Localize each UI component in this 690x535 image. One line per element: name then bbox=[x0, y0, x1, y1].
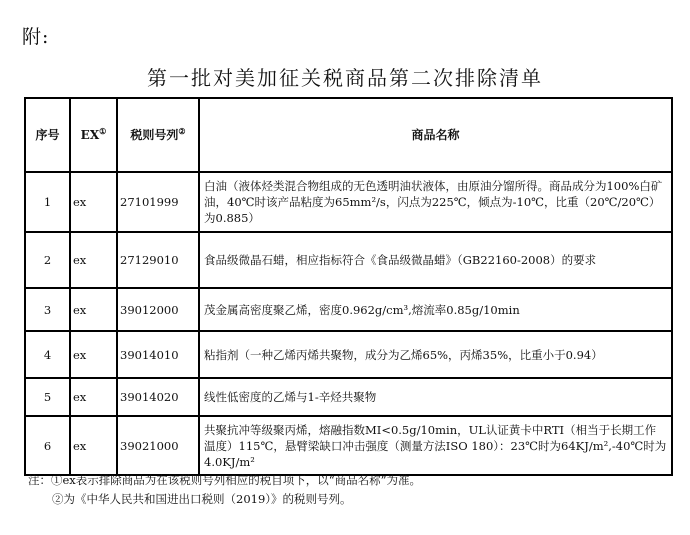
table-row: 5 ex 39014020 线性低密度的乙烯与1-辛烃共聚物 bbox=[25, 378, 672, 416]
cell-no: 4 bbox=[25, 331, 70, 378]
cell-ex: ex bbox=[70, 232, 117, 288]
footnote-mark-1: ① bbox=[99, 126, 106, 136]
cell-ex: ex bbox=[70, 416, 117, 475]
table-row: 6 ex 39021000 共聚抗冲等级聚丙烯，熔融指数MI<0.5g/10mi… bbox=[25, 416, 672, 475]
cell-ex: ex bbox=[70, 331, 117, 378]
cell-code: 27129010 bbox=[117, 232, 199, 288]
cell-name: 食品级微晶石蜡，相应指标符合《食品级微晶蜡》（GB22160-2008）的要求 bbox=[199, 232, 672, 288]
cell-name: 白油（液体烃类混合物组成的无色透明油状液体，由原油分馏所得。商品成分为100%白… bbox=[199, 172, 672, 232]
document-title: 第一批对美加征关税商品第二次排除清单 bbox=[0, 62, 690, 91]
footnote-mark-2: ② bbox=[178, 126, 185, 136]
cell-ex: ex bbox=[70, 172, 117, 232]
cell-code: 39014020 bbox=[117, 378, 199, 416]
header-product-name: 商品名称 bbox=[199, 98, 672, 172]
table-row: 2 ex 27129010 食品级微晶石蜡，相应指标符合《食品级微晶蜡》（GB2… bbox=[25, 232, 672, 288]
cell-ex: ex bbox=[70, 378, 117, 416]
footnote-1: 注：①ex表示排除商品为在该税则号列相应的税目项下，以“商品名称”为准。 bbox=[28, 471, 421, 490]
cell-name: 粘指剂（一种乙烯丙烯共聚物，成分为乙烯65%，丙烯35%，比重小于0.94） bbox=[199, 331, 672, 378]
footnotes: 注：①ex表示排除商品为在该税则号列相应的税目项下，以“商品名称”为准。 ②为《… bbox=[28, 471, 421, 509]
cell-no: 6 bbox=[25, 416, 70, 475]
cell-name: 茂金属高密度聚乙烯，密度0.962g/cm³,熔流率0.85g/10min bbox=[199, 288, 672, 331]
header-code-label: 税则号列 bbox=[130, 128, 178, 142]
table-row: 4 ex 39014010 粘指剂（一种乙烯丙烯共聚物，成分为乙烯65%，丙烯3… bbox=[25, 331, 672, 378]
header-ex: EX① bbox=[70, 98, 117, 172]
exclusion-list-table: 序号 EX① 税则号列② 商品名称 1 ex 27101999 白油（液体烃类混… bbox=[24, 97, 673, 476]
table-row: 1 ex 27101999 白油（液体烃类混合物组成的无色透明油状液体，由原油分… bbox=[25, 172, 672, 232]
header-no: 序号 bbox=[25, 98, 70, 172]
cell-no: 2 bbox=[25, 232, 70, 288]
header-ex-label: EX bbox=[81, 128, 99, 142]
cell-no: 3 bbox=[25, 288, 70, 331]
table-header-row: 序号 EX① 税则号列② 商品名称 bbox=[25, 98, 672, 172]
cell-no: 1 bbox=[25, 172, 70, 232]
cell-code: 27101999 bbox=[117, 172, 199, 232]
cell-name: 共聚抗冲等级聚丙烯，熔融指数MI<0.5g/10min，UL认证黄卡中RTI（相… bbox=[199, 416, 672, 475]
header-tariff-code: 税则号列② bbox=[117, 98, 199, 172]
cell-name: 线性低密度的乙烯与1-辛烃共聚物 bbox=[199, 378, 672, 416]
table-row: 3 ex 39012000 茂金属高密度聚乙烯，密度0.962g/cm³,熔流率… bbox=[25, 288, 672, 331]
cell-code: 39021000 bbox=[117, 416, 199, 475]
cell-no: 5 bbox=[25, 378, 70, 416]
cell-ex: ex bbox=[70, 288, 117, 331]
cell-code: 39012000 bbox=[117, 288, 199, 331]
footnote-2: ②为《中华人民共和国进出口税则（2019）》的税则号列。 bbox=[28, 490, 421, 509]
attachment-label: 附: bbox=[22, 22, 49, 49]
cell-code: 39014010 bbox=[117, 331, 199, 378]
